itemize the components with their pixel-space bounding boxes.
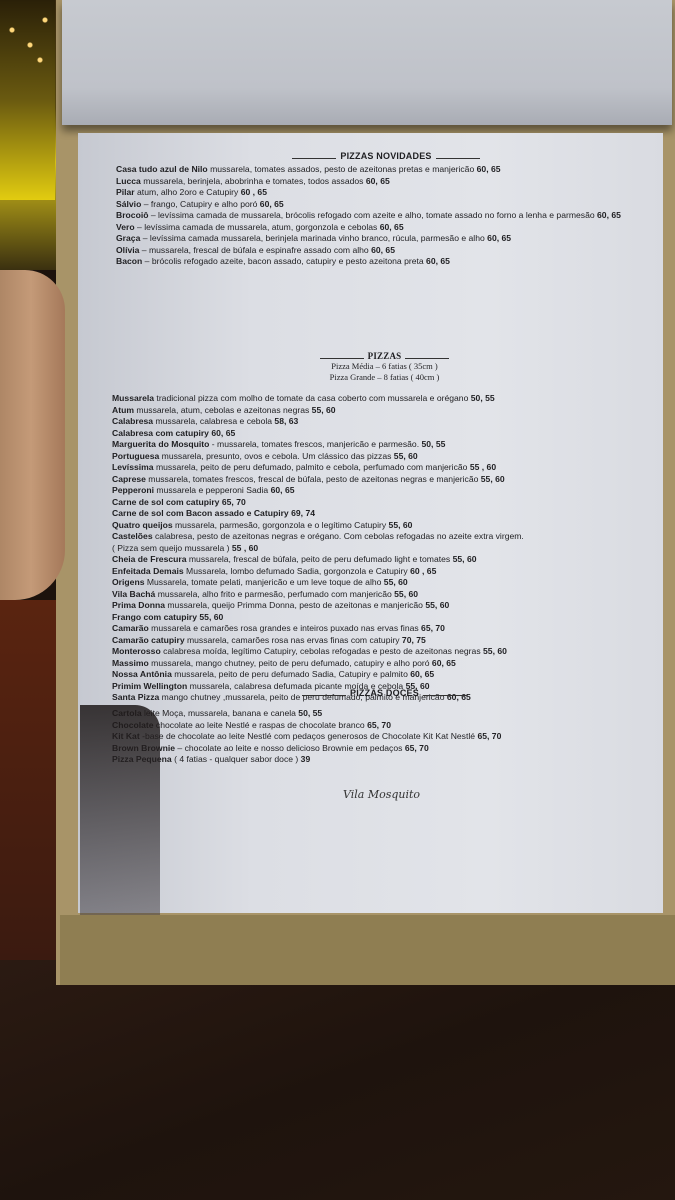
menu-item: Vero – levíssima camada de mussarela, at…: [116, 222, 656, 234]
item-price: 55, 60: [381, 577, 407, 587]
section-title: PIZZAS: [112, 351, 657, 361]
item-name: Levíssima: [112, 462, 154, 472]
item-price: 65, 70: [475, 731, 501, 741]
menu-item: Carne de sol com Bacon assado e Catupiry…: [112, 508, 657, 520]
item-price: 65, 70: [419, 623, 445, 633]
item-name: Vila Bachá: [112, 589, 155, 599]
item-name: Calabresa: [112, 416, 153, 426]
item-price: 60, 65: [485, 233, 511, 243]
item-name: Enfeitada Demais: [112, 566, 184, 576]
item-description: mussarela, camarões rosa nas ervas finas…: [185, 635, 400, 645]
menu-item: Monterosso calabresa moída, legítimo Cat…: [112, 646, 657, 658]
item-description: - mussarela, tomates frescos, manjericão…: [209, 439, 419, 449]
item-name: Carne de sol com catupiry: [112, 497, 219, 507]
menu-item: Atum mussarela, atum, cebolas e azeitona…: [112, 405, 657, 417]
menu-item: Calabresa mussarela, calabresa e cebola …: [112, 416, 657, 428]
item-name: Calabresa com catupiry: [112, 428, 209, 438]
item-name: Quatro queijos: [112, 520, 173, 530]
item-name: Casa tudo azul de Nilo: [116, 164, 208, 174]
item-description: – frango, Catupiry e alho poró: [141, 199, 257, 209]
item-name: Brocoiô: [116, 210, 148, 220]
item-price: 55, 60: [309, 405, 335, 415]
item-price: 60 , 65: [238, 187, 267, 197]
item-name: Carne de sol com Bacon assado e Catupiry: [112, 508, 289, 518]
item-name: Bacon: [116, 256, 142, 266]
item-name: Lucca: [116, 176, 141, 186]
item-price: 69, 74: [289, 508, 315, 518]
folded-page-flap[interactable]: [62, 0, 672, 125]
item-name: Vero: [116, 222, 135, 232]
menu-item: Portuguesa mussarela, presunto, ovos e c…: [112, 451, 657, 463]
item-name: Monterosso: [112, 646, 161, 656]
item-description: mussarela, peito de peru defumado Sadia,…: [172, 669, 408, 679]
size-large: Pizza Grande – 8 fatias ( 40cm ): [112, 372, 657, 383]
menu-item: Mussarela tradicional pizza com molho de…: [112, 393, 657, 405]
menu-item: Brown Brownie – chocolate ao leite e nos…: [112, 743, 657, 755]
item-price: 55, 60: [197, 612, 223, 622]
section-title: PIZZAS DOCES: [112, 688, 657, 698]
item-price: 65, 70: [365, 720, 391, 730]
item-price: 65, 70: [219, 497, 245, 507]
item-name: Pepperoni: [112, 485, 154, 495]
menu-item: Camarão mussarela e camarões rosa grande…: [112, 623, 657, 635]
menu-item: Frango com catupiry 55, 60: [112, 612, 657, 624]
item-name: Pilar: [116, 187, 135, 197]
item-price: 60, 65: [424, 256, 450, 266]
item-name: Nossa Antônia: [112, 669, 172, 679]
item-description: mussarela, queijo Primma Donna, pesto de…: [165, 600, 423, 610]
item-name: Atum: [112, 405, 134, 415]
menu-item: Levíssima mussarela, peito de peru defum…: [112, 462, 657, 474]
item-price: 60, 65: [209, 428, 235, 438]
item-description: – brócolis refogado azeite, bacon assado…: [142, 256, 423, 266]
menu-item: Sálvio – frango, Catupiry e alho poró 60…: [116, 199, 656, 211]
menu-item: Pepperoni mussarela e pepperoni Sadia 60…: [112, 485, 657, 497]
menu-item: Massimo mussarela, mango chutney, peito …: [112, 658, 657, 670]
item-price: 50, 55: [419, 439, 445, 449]
item-description: leite Moça, mussarela, banana e canela: [142, 708, 296, 718]
item-price: 60 , 65: [408, 566, 437, 576]
hand-holding-menu: [0, 270, 65, 600]
menu-item: Castelões calabresa, pesto de azeitonas …: [112, 531, 657, 543]
size-medium: Pizza Média – 6 fatias ( 35cm ): [112, 361, 657, 372]
section-doces: PIZZAS DOCES Cartola leite Moça, mussare…: [112, 688, 657, 766]
item-description: chocolate ao leite Nestlé e raspas de ch…: [154, 720, 365, 730]
item-description: – chocolate ao leite e nosso delicioso B…: [175, 743, 402, 753]
item-price: 55, 60: [391, 451, 417, 461]
item-description: – levíssima camada de mussarela, atum, g…: [135, 222, 378, 232]
item-description: – levíssima camada de mussarela, brócoli…: [148, 210, 594, 220]
item-description: mussarela, atum, cebolas e azeitonas neg…: [134, 405, 309, 415]
section-novidades: PIZZAS NOVIDADES Casa tudo azul de Nilo …: [116, 151, 656, 268]
item-price: 60, 65: [369, 245, 395, 255]
item-name: Sálvio: [116, 199, 141, 209]
item-price: 60, 65: [363, 176, 389, 186]
background-lights: [0, 0, 55, 200]
menu-item: Camarão catupiry mussarela, camarões ros…: [112, 635, 657, 647]
menu-board-edge: [60, 915, 675, 985]
menu-item: Nossa Antônia mussarela, peito de peru d…: [112, 669, 657, 681]
item-price: 60, 65: [595, 210, 621, 220]
item-description: calabresa moída, legítimo Catupiry, cebo…: [161, 646, 481, 656]
item-description: Mussarela, tomate pelati, manjericão e u…: [144, 577, 381, 587]
item-price: 55 , 60: [230, 543, 259, 553]
item-price: 55, 60: [392, 589, 418, 599]
item-price: 55 , 60: [467, 462, 496, 472]
item-description: mussarela, frescal de búfala, peito de p…: [187, 554, 451, 564]
signature-logo: Vila Mosquito: [343, 788, 420, 801]
item-description: ( Pizza sem queijo mussarela ): [112, 543, 230, 553]
item-name: Marguerita do Mosquito: [112, 439, 209, 449]
menu-item: Olívia – mussarela, frescal de búfala e …: [116, 245, 656, 257]
menu-item: Enfeitada Demais Mussarela, lombo defuma…: [112, 566, 657, 578]
item-description: mussarela, mango chutney, peito de peru …: [149, 658, 430, 668]
menu-item: Calabresa com catupiry 60, 65: [112, 428, 657, 440]
item-name: Massimo: [112, 658, 149, 668]
item-name: Cheia de Frescura: [112, 554, 187, 564]
menu-item: Kit Kat -base de chocolate ao leite Nest…: [112, 731, 657, 743]
item-name: Castelões: [112, 531, 153, 541]
item-price: 58, 63: [272, 416, 298, 426]
item-name: Graça: [116, 233, 140, 243]
item-name: Portuguesa: [112, 451, 159, 461]
item-description: mussarela, berinjela, abobrinha e tomate…: [141, 176, 364, 186]
menu-item: Carne de sol com catupiry 65, 70: [112, 497, 657, 509]
item-price: 55, 60: [450, 554, 476, 564]
menu-item: Marguerita do Mosquito - mussarela, toma…: [112, 439, 657, 451]
item-description: atum, alho 2oro e Catupiry: [135, 187, 239, 197]
background-floor: [0, 600, 60, 970]
item-price: 55, 60: [481, 646, 507, 656]
item-description: mussarela, tomates frescos, frescal de b…: [146, 474, 478, 484]
menu-item: Caprese mussarela, tomates frescos, fres…: [112, 474, 657, 486]
item-name: Olívia: [116, 245, 139, 255]
menu-item: Bacon – brócolis refogado azeite, bacon …: [116, 256, 656, 268]
item-name: Prima Donna: [112, 600, 165, 610]
item-description: mussarela, presunto, ovos e cebola. Um c…: [159, 451, 391, 461]
menu-item: Graça – levíssima camada mussarela, beri…: [116, 233, 656, 245]
item-description: mussarela e pepperoni Sadia: [154, 485, 268, 495]
item-name: Camarão: [112, 623, 149, 633]
menu-item: Casa tudo azul de Nilo mussarela, tomate…: [116, 164, 656, 176]
item-description: Mussarela, lombo defumado Sadia, gorgonz…: [184, 566, 408, 576]
item-price: 65, 70: [402, 743, 428, 753]
item-description: mussarela, parmesão, gorgonzola e o legí…: [173, 520, 387, 530]
item-price: 60, 65: [268, 485, 294, 495]
menu-item: Cheia de Frescura mussarela, frescal de …: [112, 554, 657, 566]
menu-item: ( Pizza sem queijo mussarela ) 55 , 60: [112, 543, 657, 555]
item-price: 50, 55: [468, 393, 494, 403]
menu-item: Pizza Pequena ( 4 fatias - qualquer sabo…: [112, 754, 657, 766]
item-name: Mussarela: [112, 393, 154, 403]
item-description: -base de chocolate ao leite Nestlé com p…: [140, 731, 475, 741]
menu-item: Quatro queijos mussarela, parmesão, gorg…: [112, 520, 657, 532]
item-price: 50, 55: [296, 708, 322, 718]
item-description: mussarela, calabresa e cebola: [153, 416, 272, 426]
item-price: 60, 65: [430, 658, 456, 668]
item-price: 70, 75: [400, 635, 426, 645]
item-description: mussarela e camarões rosa grandes e inte…: [149, 623, 419, 633]
item-description: mussarela, alho frito e parmesão, perfum…: [155, 589, 391, 599]
item-description: – mussarela, frescal de búfala e espinaf…: [139, 245, 368, 255]
item-price: 55, 60: [423, 600, 449, 610]
section-title: PIZZAS NOVIDADES: [116, 151, 656, 161]
menu-sheet: PIZZAS NOVIDADES Casa tudo azul de Nilo …: [78, 133, 663, 913]
item-name: Camarão catupiry: [112, 635, 185, 645]
menu-item: Pilar atum, alho 2oro e Catupiry 60 , 65: [116, 187, 656, 199]
item-price: 39: [298, 754, 310, 764]
item-price: 60, 65: [257, 199, 283, 209]
item-name: Frango com catupiry: [112, 612, 197, 622]
item-description: tradicional pizza com molho de tomate da…: [154, 393, 468, 403]
item-price: 55, 60: [386, 520, 412, 530]
menu-item: Cartola leite Moça, mussarela, banana e …: [112, 708, 657, 720]
hand-shadow: [80, 705, 160, 915]
item-price: 55, 60: [478, 474, 504, 484]
item-price: 60, 65: [377, 222, 403, 232]
wooden-table: [0, 960, 675, 1200]
item-name: Caprese: [112, 474, 146, 484]
item-price: 60, 65: [408, 669, 434, 679]
item-description: – levíssima camada mussarela, berinjela …: [140, 233, 484, 243]
section-pizzas: PIZZAS Pizza Média – 6 fatias ( 35cm ) P…: [112, 351, 657, 704]
menu-item: Chocolate chocolate ao leite Nestlé e ra…: [112, 720, 657, 732]
item-description: calabresa, pesto de azeitonas negras e o…: [153, 531, 524, 541]
item-price: 60, 65: [474, 164, 500, 174]
item-name: Origens: [112, 577, 144, 587]
item-description: mussarela, peito de peru defumado, palmi…: [154, 462, 468, 472]
menu-item: Vila Bachá mussarela, alho frito e parme…: [112, 589, 657, 601]
menu-item: Lucca mussarela, berinjela, abobrinha e …: [116, 176, 656, 188]
menu-item: Brocoiô – levíssima camada de mussarela,…: [116, 210, 656, 222]
menu-item: Prima Donna mussarela, queijo Primma Don…: [112, 600, 657, 612]
item-description: ( 4 fatias - qualquer sabor doce ): [172, 754, 299, 764]
menu-item: Origens Mussarela, tomate pelati, manjer…: [112, 577, 657, 589]
item-description: mussarela, tomates assados, pesto de aze…: [208, 164, 475, 174]
